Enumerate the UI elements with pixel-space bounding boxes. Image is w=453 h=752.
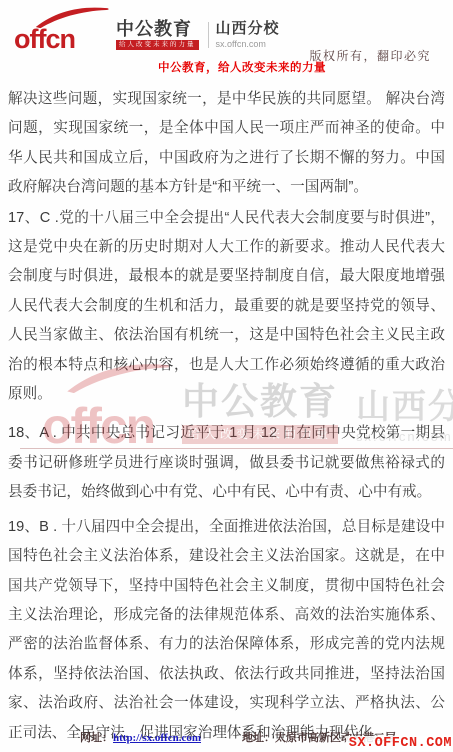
logo-cn-name: 中公教育 (116, 19, 199, 39)
corner-site-watermark: SX.OFFCN.COM (346, 736, 452, 751)
watermark-hairline (20, 448, 453, 449)
paragraph-answer-16-continued: 解决这些问题，实现国家统一，是中华民族的共同愿望。 解决台湾问题，实现国家统一，… (8, 85, 445, 203)
website-link[interactable]: http://sx.offcn.com (113, 732, 201, 744)
branch-name: 山西分校 (216, 20, 280, 37)
copyright-notice: 版权所有，翻印必究 (309, 47, 431, 64)
answer-explanations: 解决这些问题，实现国家统一，是中华民族的共同愿望。 解决台湾问题，实现国家统一，… (8, 85, 445, 748)
branch-site-url: sx.offcn.com (216, 39, 280, 50)
paragraph-answer-19: 19、B . 十八届四中全会提出，全面推进依法治国，总目标是建设中国特色社会主义… (8, 513, 445, 748)
logo-divider (208, 22, 209, 48)
paragraph-answer-18: 18、A . 中共中央总书记习近平于 1 月 12 日在同中央党校第一期县委书记… (8, 419, 445, 507)
logo-branch-block: 山西分校 sx.offcn.com (216, 20, 280, 50)
website-label: 网址： (80, 732, 113, 744)
logo-slogan-bar: 给人改变未来的力量 (116, 40, 199, 50)
offcn-wordmark: offcn (14, 6, 110, 50)
logo-cn-block: 中公教育 给人改变未来的力量 (116, 19, 199, 50)
address-label: 地址： (242, 732, 275, 744)
page-footer: 网址：http://sx.offcn.com 地址：太原市高新区动力港二层 SX… (0, 727, 453, 752)
offcn-logo: offcn 中公教育 给人改变未来的力量 山西分校 sx.offcn.com (14, 6, 280, 50)
document-page: offcn 中公教育 给人改变未来的力量 山西分校 sx.offcn.com 版… (0, 0, 453, 752)
brand-text: offcn (14, 26, 75, 52)
slogan-line: 中公教育，给人改变未来的力量 (158, 59, 326, 75)
footer-website: 网址：http://sx.offcn.com (80, 729, 201, 745)
paragraph-answer-17: 17、C .党的十八届三中全会提出“人民代表大会制度要与时俱进”，这是党中央在新… (8, 204, 445, 410)
